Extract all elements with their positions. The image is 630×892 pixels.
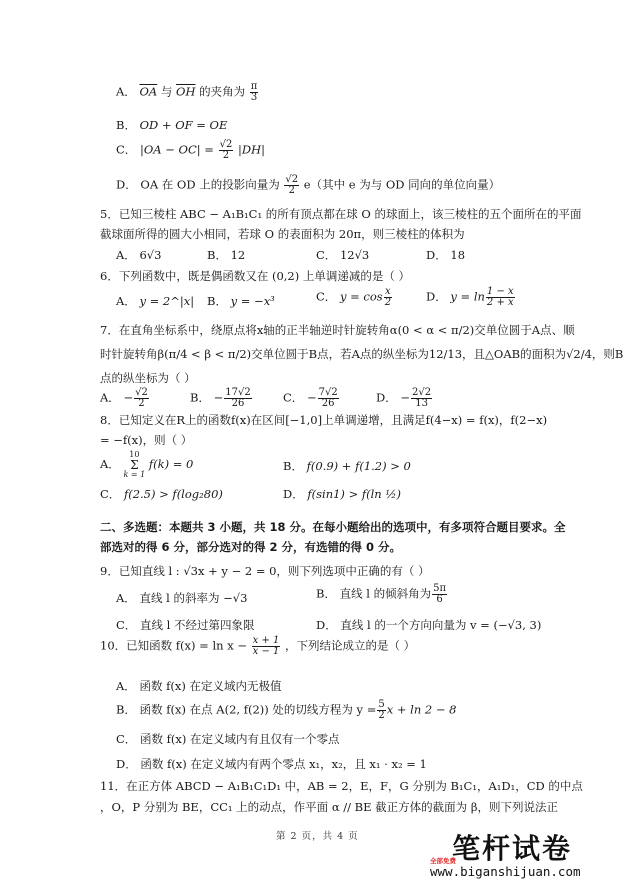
option-value: f(sin1) > f(ln ½) [307, 487, 401, 501]
option-value: 18 [450, 248, 465, 262]
fraction: x + 1x − 1 [252, 636, 281, 657]
q7-option-b: B． −17√226 [190, 388, 253, 409]
q9-stem: 9．已知直线 l : √3x + y − 2 = 0，则下列选项中正确的有（ ） [100, 563, 430, 579]
denominator: 13 [411, 399, 432, 409]
fraction: 17√226 [224, 388, 251, 409]
text: ，下列结论成立的是（ ） [285, 639, 415, 653]
page-number-footer: 第 2 页，共 4 页 [276, 828, 359, 842]
fraction: √22 [219, 140, 234, 161]
q9-option-c: C． 直线 l 不经过第四象限 [116, 617, 254, 633]
option-label: C． [116, 732, 136, 746]
denominator: 2 + x [486, 298, 515, 308]
q6-option-d: D． y = ln1 − x2 + x [426, 287, 516, 308]
denominator: 6 [432, 595, 447, 605]
watermark-url: www.biganshijuan.com [430, 864, 581, 879]
text: e（其中 e 为与 OD 同向的单位向量） [304, 178, 500, 192]
denominator: 2 [219, 151, 234, 161]
option-value: 直线 l 不经过第四象限 [140, 618, 255, 632]
q10-option-a: A． 函数 f(x) 在定义域内无极值 [116, 678, 282, 694]
q8-option-c: C． f(2.5) > f(log₂80) [100, 486, 223, 502]
denominator: 2 [134, 399, 149, 409]
text: 与 [161, 85, 173, 99]
sum-lower: k = 1 [123, 471, 145, 479]
fraction: √22 [284, 175, 299, 196]
q6-stem: 6．下列函数中，既是偶函数又在 (0,2) 上单调递减的是（ ） [100, 268, 410, 284]
option-label: C． [116, 143, 136, 157]
expression: |DH| [238, 143, 265, 157]
option-value: 函数 f(x) 在点 A(2, f(2)) 处的切线方程为 y = [140, 703, 377, 717]
expression: x + ln 2 − 8 [387, 703, 457, 717]
option-label: D． [316, 618, 337, 632]
option-label: B． [116, 118, 136, 132]
text: 10．已知函数 f(x) = ln x − [100, 639, 247, 653]
q8-stem-line2: = −f(x)，则（ ） [100, 432, 192, 448]
q8-stem-line1: 8．已知定义在R上的函数f(x)在区间[−1,0]上单调递增，且满足f(4−x)… [100, 412, 547, 428]
sign: − [400, 391, 410, 405]
option-label: D． [376, 391, 397, 405]
option-label: A． [116, 248, 136, 262]
q6-option-b: B． y = −x³ [207, 293, 275, 309]
option-label: A． [116, 679, 136, 693]
option-label: C． [316, 290, 336, 304]
option-label: D． [283, 487, 304, 501]
watermark-title: 笔杆试卷 [452, 827, 572, 867]
vector-oa: OA [139, 85, 157, 99]
fraction: √22 [134, 388, 149, 409]
denominator: 3 [250, 93, 259, 103]
option-label: A． [100, 457, 120, 471]
fraction: 1 − x2 + x [486, 287, 515, 308]
option-label: B． [316, 587, 336, 601]
option-value: 直线 l 的倾斜角为 [340, 587, 432, 601]
q7-stem-line2: 时针旋转角β(π/4 < β < π/2)交单位圆于B点，若A点的纵坐标为12/… [100, 346, 623, 362]
fraction: 52 [377, 700, 385, 721]
option-value: 函数 f(x) 在定义域内有两个零点 x₁，x₂，且 x₁ · x₂ = 1 [140, 757, 426, 771]
denominator: 2 [384, 298, 392, 308]
denominator: x − 1 [252, 647, 281, 657]
summation: 10Σk = 1 [123, 451, 145, 479]
q9-option-b: B． 直线 l 的倾斜角为5π6 [316, 584, 448, 605]
option-value: 直线 l 的一个方向向量为 v = (−√3, 3) [340, 618, 541, 632]
option-label: A． [100, 391, 120, 405]
expression: OD + OF = OE [140, 118, 228, 132]
section-2-header-line2: 部选对的得 6 分，部分选对的得 2 分，有选错的得 0 分。 [100, 539, 401, 555]
option-label: B． [283, 459, 303, 473]
q4-option-b: B． OD + OF = OE [116, 117, 227, 133]
q5-option-d: D． 18 [426, 247, 465, 263]
option-label: C． [316, 248, 336, 262]
fraction: 5π6 [432, 584, 447, 605]
option-label: B． [116, 703, 136, 717]
q11-stem-line2: ，O，P 分别为 BE，CC₁ 上的动点，作平面 α // BE 截正方体的截面… [100, 799, 558, 815]
fraction: x2 [384, 287, 392, 308]
q5-stem-line2: 截球面所得的圆大小相同，若球 O 的表面积为 20π，则三棱柱的体积为 [100, 226, 465, 242]
q7-stem-line1: 7．在直角坐标系中，绕原点将x轴的正半轴逆时针旋转角α(0 < α < π/2)… [100, 322, 575, 338]
denominator: 26 [224, 399, 251, 409]
option-value: 直线 l 的斜率为 −√3 [139, 591, 247, 605]
vector-oh: OH [176, 85, 195, 99]
q8-option-a: A． 10Σk = 1 f(k) = 0 [100, 451, 193, 479]
expression: |OA − OC| = [140, 143, 218, 157]
option-value: f(2.5) > f(log₂80) [124, 487, 223, 501]
q10-option-b: B． 函数 f(x) 在点 A(2, f(2)) 处的切线方程为 y =52x … [116, 700, 456, 721]
q7-stem-line3: 点的纵坐标为（ ） [100, 370, 196, 386]
option-label: D． [426, 290, 447, 304]
fraction: 7√226 [318, 388, 339, 409]
option-value: 12√3 [340, 248, 369, 262]
q8-option-d: D． f(sin1) > f(ln ½) [283, 486, 401, 502]
option-label: B． [190, 391, 210, 405]
option-value: y = ln [450, 290, 485, 304]
option-value: y = 2^|x| [139, 294, 194, 308]
option-label: D． [116, 178, 137, 192]
option-label: C． [100, 487, 120, 501]
text: OA 在 OD 上的投影向量为 [140, 178, 279, 192]
q6-option-a: A． y = 2^|x| [116, 293, 194, 309]
q7-option-c: C． −7√226 [283, 388, 340, 409]
q7-option-a: A． −√22 [100, 388, 150, 409]
option-label: D． [426, 248, 447, 262]
q5-stem-line1: 5．已知三棱柱 ABC − A₁B₁C₁ 的所有顶点都在球 O 的球面上，该三棱… [100, 206, 581, 222]
q5-option-b: B． 12 [207, 247, 245, 263]
option-label: B． [207, 248, 227, 262]
denominator: 2 [377, 711, 385, 721]
option-label: B． [207, 294, 227, 308]
q5-option-c: C． 12√3 [316, 247, 369, 263]
q9-option-d: D． 直线 l 的一个方向向量为 v = (−√3, 3) [316, 617, 541, 633]
q5-option-a: A． 6√3 [116, 247, 161, 263]
option-label: A． [116, 294, 136, 308]
option-label: A． [116, 591, 136, 605]
option-value: y = cos [340, 290, 383, 304]
q7-option-d: D． −2√213 [376, 388, 433, 409]
sign: − [307, 391, 317, 405]
q11-stem-line1: 11．在正方体 ABCD − A₁B₁C₁D₁ 中，AB = 2，E，F，G 分… [100, 778, 583, 794]
q10-option-d: D． 函数 f(x) 在定义域内有两个零点 x₁，x₂，且 x₁ · x₂ = … [116, 756, 427, 772]
option-label: D． [116, 757, 137, 771]
q10-stem: 10．已知函数 f(x) = ln x − x + 1x − 1 ，下列结论成立… [100, 636, 415, 657]
option-value: f(0.9) + f(1.2) > 0 [307, 459, 411, 473]
q8-option-b: B． f(0.9) + f(1.2) > 0 [283, 458, 411, 474]
denominator: 2 [284, 186, 299, 196]
q6-option-c: C． y = cosx2 [316, 287, 393, 308]
sign: − [214, 391, 224, 405]
q4-option-c: C． |OA − OC| = √22 |DH| [116, 140, 265, 161]
option-label: C． [116, 618, 136, 632]
option-value: 6√3 [139, 248, 161, 262]
option-value: 函数 f(x) 在定义域内有且仅有一个零点 [140, 732, 340, 746]
q9-option-a: A． 直线 l 的斜率为 −√3 [116, 590, 247, 606]
fraction: π3 [250, 82, 259, 103]
q4-option-a: A． OA 与 OH 的夹角为 π3 [116, 82, 259, 103]
q4-option-d: D． OA 在 OD 上的投影向量为 √22 e（其中 e 为与 OD 同向的单… [116, 175, 500, 196]
fraction: 2√213 [411, 388, 432, 409]
option-value: f(k) = 0 [149, 457, 193, 471]
q10-option-c: C． 函数 f(x) 在定义域内有且仅有一个零点 [116, 731, 340, 747]
text: 的夹角为 [199, 85, 245, 99]
section-2-header-line1: 二、多选题：本题共 3 小题，共 18 分。在每小题给出的选项中，有多项符合题目… [100, 519, 566, 535]
option-value: y = −x³ [231, 294, 275, 308]
option-value: 12 [231, 248, 246, 262]
option-label: C． [283, 391, 303, 405]
denominator: 26 [318, 399, 339, 409]
sign: − [123, 391, 133, 405]
option-label: A． [116, 85, 136, 99]
option-value: 函数 f(x) 在定义域内无极值 [139, 679, 281, 693]
